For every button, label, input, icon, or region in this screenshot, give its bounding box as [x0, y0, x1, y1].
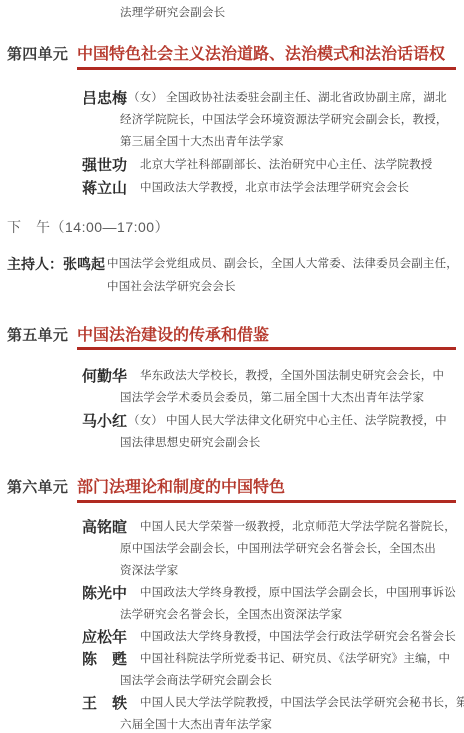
unit-6-underline [77, 500, 456, 503]
speaker-lv-zhongmei-desc-2: 经济学院院长，中国法学会环境资源法学研究会副会长，教授， [120, 114, 448, 128]
speaker-wang-yi-desc-2: 六届全国十大杰出青年法学家 [120, 719, 272, 733]
unit-4-underline [77, 67, 456, 70]
moderator-label: 主持人：张鸣起 [7, 256, 105, 273]
unit-6-title: 部门法理论和制度的中国特色 [77, 478, 285, 497]
unit-5-label: 第五单元 [7, 327, 68, 345]
speaker-qiang-shigong-name: 强世功 [82, 157, 127, 175]
moderator-desc-1: 中国法学会党组成员、副会长，全国人大常委、法律委员会副主任， [107, 258, 458, 272]
unit-5-underline [77, 347, 456, 350]
speaker-chen-guangzhong-desc-2: 法学研究会名誉会长，全国杰出资深法学家 [120, 609, 342, 623]
unit-4-title: 中国特色社会主义法治道路、法治模式和法治话语权 [77, 45, 445, 64]
speaker-jiang-lishan-desc-1: 中国政法大学教授，北京市法学会法理学研究会会长 [140, 182, 409, 196]
speaker-ma-xiaohong-desc-2: 国法律思想史研究会副会长 [120, 437, 260, 451]
speaker-chen-guangzhong-name: 陈光中 [82, 585, 127, 603]
unit-4-label: 第四单元 [7, 46, 68, 64]
unit-6-label: 第六单元 [7, 479, 68, 497]
speaker-he-qinhua-desc-2: 国法学会学术委员会委员，第二届全国十大杰出青年法学家 [120, 392, 424, 406]
speaker-ying-songnian-desc-1: 中国政法大学终身教授，中国法学会行政法学研究会名誉会长 [140, 631, 456, 645]
document-page: 法理学研究会副会长 第四单元 中国特色社会主义法治道路、法治模式和法治话语权 吕… [0, 0, 464, 733]
continuation-line-text: 法理学研究会副会长 [120, 7, 225, 21]
speaker-gao-mingxuan-desc-2: 原中国法学会副会长，中国刑法学研究会名誉会长，全国杰出 [120, 543, 436, 557]
speaker-lv-zhongmei-name: 吕忠梅 [82, 90, 127, 108]
speaker-lv-zhongmei-desc-1: 全国政协社法委驻会副主任、湖北省政协副主席，湖北 [166, 92, 447, 106]
speaker-chen-su-name: 陈 甦 [82, 651, 127, 669]
speaker-wang-yi-name: 王 轶 [82, 695, 127, 713]
speaker-jiang-lishan-name: 蒋立山 [82, 180, 127, 198]
speaker-gao-mingxuan-desc-1: 中国人民大学荣誉一级教授，北京师范大学法学院名誉院长， [140, 521, 456, 535]
speaker-chen-guangzhong-desc-1: 中国政法大学终身教授，原中国法学会副会长，中国刑事诉讼 [140, 587, 456, 601]
unit-5-title: 中国法治建设的传承和借鉴 [77, 326, 269, 345]
speaker-lv-zhongmei-gender: （女） [128, 92, 163, 106]
speaker-wang-yi-desc-1: 中国人民大学法学院教授，中国法学会民法学研究会秘书长，第 [140, 697, 464, 711]
speaker-chen-su-desc-2: 国法学会商法学研究会副会长 [120, 675, 272, 689]
speaker-chen-su-desc-1: 中国社科院法学所党委书记、研究员、《法学研究》主编，中 [140, 653, 450, 667]
speaker-lv-zhongmei-desc-3: 第三届全国十大杰出青年法学家 [120, 136, 284, 150]
speaker-ma-xiaohong-name: 马小红 [82, 413, 127, 431]
speaker-ying-songnian-name: 应松年 [82, 629, 127, 647]
speaker-qiang-shigong-desc-1: 北京大学社科部副部长、法治研究中心主任、法学院教授 [140, 159, 433, 173]
speaker-gao-mingxuan-name: 高铭暄 [82, 519, 127, 537]
speaker-ma-xiaohong-gender: （女） [128, 415, 163, 429]
speaker-gao-mingxuan-desc-3: 资深法学家 [120, 565, 179, 579]
moderator-desc-2: 中国社会法学研究会会长 [107, 281, 236, 295]
speaker-ma-xiaohong-desc-1: 中国人民大学法律文化研究中心主任、法学院教授，中 [166, 415, 447, 429]
speaker-he-qinhua-name: 何勤华 [82, 368, 127, 386]
session-time-label: 下 午（14:00—17:00） [7, 219, 169, 236]
speaker-he-qinhua-desc-1: 华东政法大学校长，教授，全国外国法制史研究会会长，中 [140, 370, 444, 384]
